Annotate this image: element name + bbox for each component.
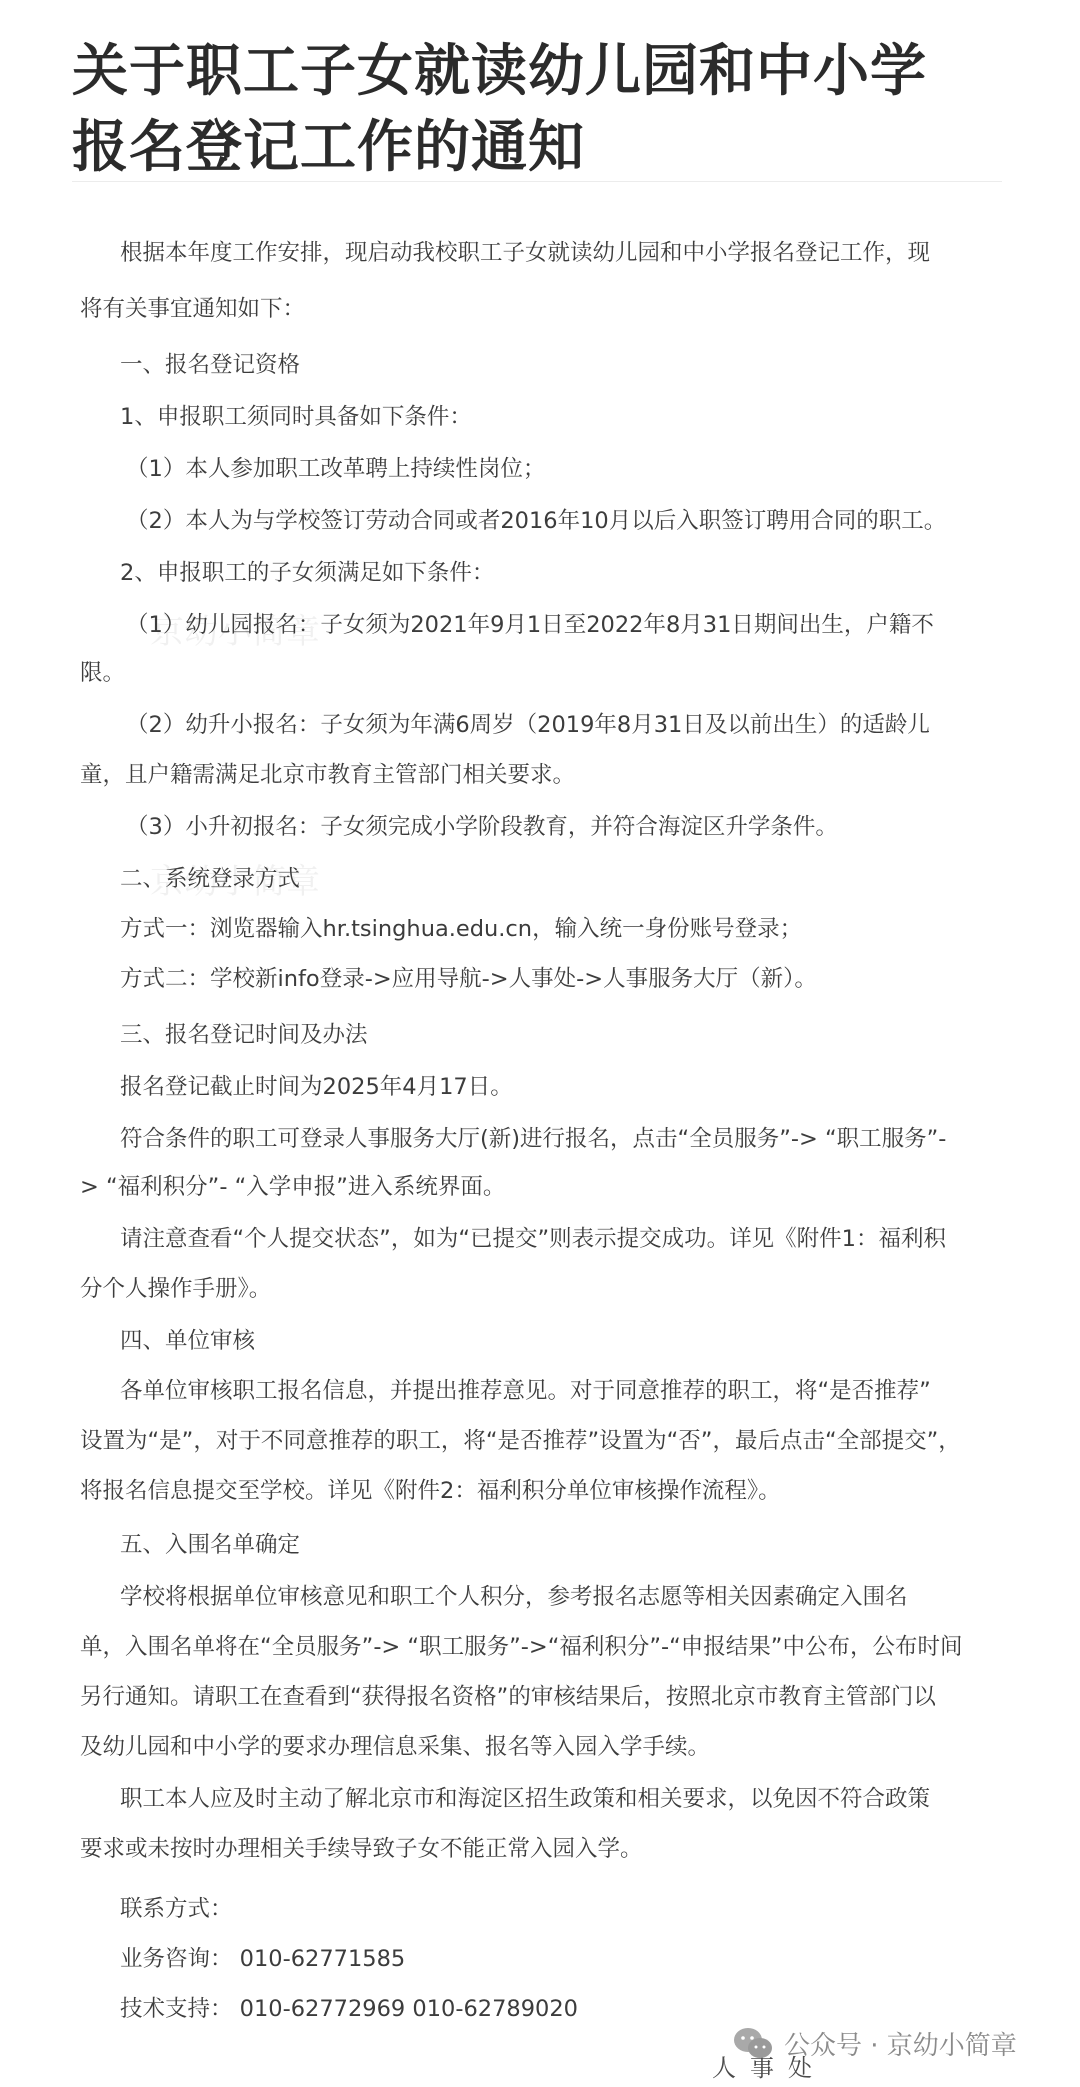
title-line-2: 报名登记工作的通知 xyxy=(72,110,1032,186)
section-1-item-2a-cont: 限。 xyxy=(80,658,125,688)
section-1-item-2a: （1）幼儿园报名：子女须为2021年9月1日至2022年8月31日期间出生，户籍… xyxy=(126,610,934,640)
section-4-heading: 四、单位审核 xyxy=(120,1326,255,1356)
wechat-icon xyxy=(732,2026,776,2062)
section-2-heading: 二、系统登录方式 xyxy=(120,864,300,894)
section-3-deadline: 报名登记截止时间为2025年4月17日。 xyxy=(120,1072,513,1102)
section-1-item-2b: （2）幼升小报名：子女须为年满6周岁（2019年8月31日及以前出生）的适龄儿 xyxy=(126,710,930,740)
section-2-method-2: 方式二：学校新info登录->应用导航->人事处->人事服务大厅（新）。 xyxy=(120,964,817,994)
section-5-paragraph-1-cont-2: 另行通知。请职工在查看到“获得报名资格”的审核结果后，按照北京市教育主管部门以 xyxy=(80,1682,936,1712)
section-4-paragraph-cont-2: 将报名信息提交至学校。详见《附件2：福利积分单位审核操作流程》。 xyxy=(80,1476,781,1506)
section-3-paragraph-2: 请注意查看“个人提交状态”，如为“已提交”则表示提交成功。详见《附件1：福利积 xyxy=(120,1224,946,1254)
section-2-method-1: 方式一：浏览器输入hr.tsinghua.edu.cn，输入统一身份账号登录； xyxy=(120,914,802,944)
section-5-paragraph-1-cont-1: 单，入围名单将在“全员服务”-> “职工服务”->“福利积分”-“申报结果”中公… xyxy=(80,1632,962,1662)
section-3-paragraph-1-cont: > “福利积分”- “入学申报”进入系统界面。 xyxy=(80,1172,505,1202)
section-5-paragraph-2: 职工本人应及时主动了解北京市和海淀区招生政策和相关要求，以免因不符合政策 xyxy=(120,1784,930,1814)
section-1-item-2c: （3）小升初报名：子女须完成小学阶段教育，并符合海淀区升学条件。 xyxy=(126,812,838,842)
section-3-paragraph-1: 符合条件的职工可登录人事服务大厅(新)进行报名，点击“全员服务”-> “职工服务… xyxy=(120,1124,946,1154)
wechat-account-brand: 公众号 · 京幼小简章 xyxy=(732,2025,1017,2062)
title-line-1: 关于职工子女就读幼儿园和中小学 xyxy=(72,34,1032,110)
document-title: 关于职工子女就读幼儿园和中小学 报名登记工作的通知 xyxy=(72,34,1032,186)
section-5-heading: 五、入围名单确定 xyxy=(120,1530,300,1560)
section-1-item-2b-cont: 童，且户籍需满足北京市教育主管部门相关要求。 xyxy=(80,760,575,790)
section-3-heading: 三、报名登记时间及办法 xyxy=(120,1020,368,1050)
intro-paragraph: 根据本年度工作安排，现启动我校职工子女就读幼儿园和中小学报名登记工作，现 xyxy=(120,238,930,268)
section-1-item-1b: （2）本人为与学校签订劳动合同或者2016年10月以后入职签订聘用合同的职工。 xyxy=(126,506,946,536)
brand-label: 公众号 · 京幼小简章 xyxy=(784,2025,1017,2062)
contact-heading: 联系方式： xyxy=(120,1894,233,1924)
section-1-item-1: 1、申报职工须同时具备如下条件： xyxy=(120,402,472,432)
intro-paragraph-cont: 将有关事宜通知如下： xyxy=(80,294,305,324)
title-divider xyxy=(72,181,1002,182)
contact-business-phone: 业务咨询： 010-62771585 xyxy=(120,1944,405,1974)
section-1-item-1a: （1）本人参加职工改革聘上持续性岗位； xyxy=(126,454,545,484)
section-3-paragraph-2-cont: 分个人操作手册》。 xyxy=(80,1274,271,1304)
section-5-paragraph-1-cont-3: 及幼儿园和中小学的要求办理信息采集、报名等入园入学手续。 xyxy=(80,1732,710,1762)
section-5-paragraph-1: 学校将根据单位审核意见和职工个人积分，参考报名志愿等相关因素确定入围名 xyxy=(120,1582,908,1612)
contact-tech-phone: 技术支持： 010-62772969 010-62789020 xyxy=(120,1994,578,2024)
section-1-item-2: 2、申报职工的子女须满足如下条件： xyxy=(120,558,494,588)
section-4-paragraph-cont-1: 设置为“是”，对于不同意推荐的职工，将“是否推荐”设置为“否”，最后点击“全部提… xyxy=(80,1426,961,1456)
section-5-paragraph-2-cont: 要求或未按时办理相关手续导致子女不能正常入园入学。 xyxy=(80,1834,643,1864)
section-4-paragraph: 各单位审核职工报名信息，并提出推荐意见。对于同意推荐的职工，将“是否推荐” xyxy=(120,1376,931,1406)
section-1-heading: 一、报名登记资格 xyxy=(120,350,300,380)
